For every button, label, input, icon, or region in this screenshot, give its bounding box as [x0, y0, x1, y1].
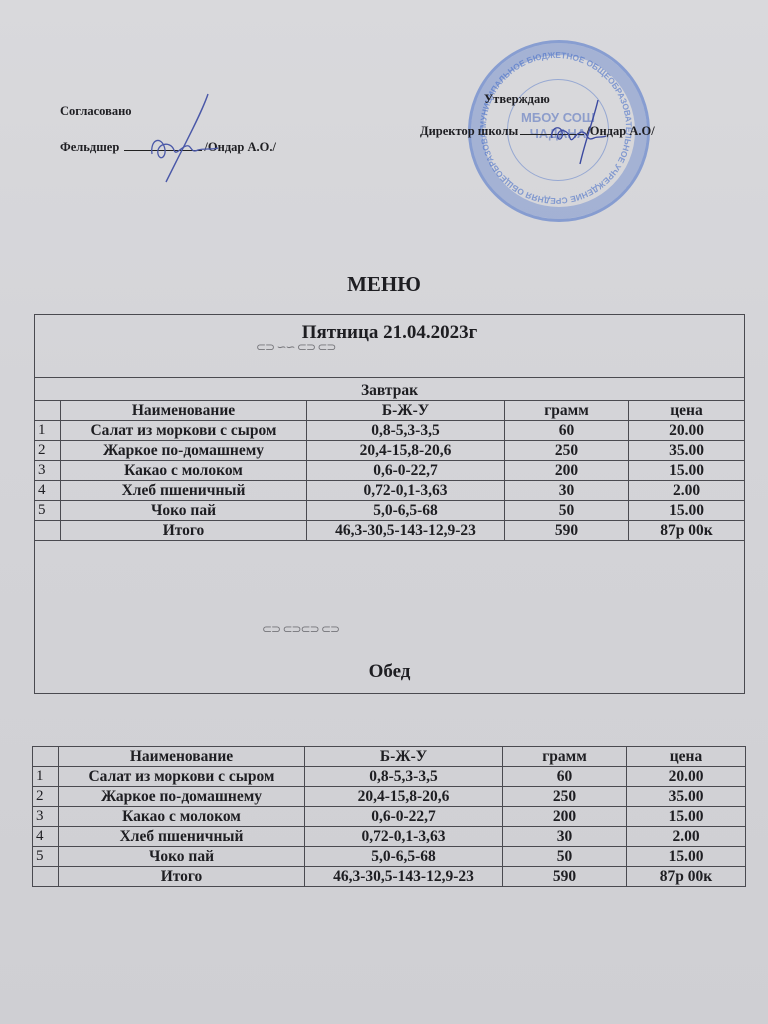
- dish-name: Салат из моркови с сыром: [59, 767, 305, 787]
- row-number: 1: [35, 421, 61, 441]
- director-signature: [548, 98, 612, 168]
- bju-value: 0,72-0,1-3,63: [305, 827, 503, 847]
- price-value: 20.00: [629, 421, 745, 441]
- total-row: Итого46,3-30,5-143-12,9-2359087р 00к: [35, 521, 745, 541]
- total-gram: 590: [503, 867, 627, 887]
- table-row: 2Жаркое по-домашнему20,4-15,8-20,625035.…: [35, 441, 745, 461]
- meal-row: Завтрак: [35, 378, 745, 401]
- dish-name: Жаркое по-домашнему: [61, 441, 307, 461]
- table-row: 4Хлеб пшеничный0,72-0,1-3,63302.00: [35, 481, 745, 501]
- total-label: Итого: [59, 867, 305, 887]
- row-number: 1: [33, 767, 59, 787]
- total-bju: 46,3-30,5-143-12,9-23: [307, 521, 505, 541]
- header-gram: грамм: [505, 401, 629, 421]
- approval-left-role: Фельдшер: [60, 140, 119, 154]
- day-row: Пятница 21.04.2023г: [35, 315, 745, 378]
- table-row: 2Жаркое по-домашнему20,4-15,8-20,625035.…: [33, 787, 746, 807]
- table-row: 5Чоко пай5,0-6,5-685015.00: [35, 501, 745, 521]
- gram-value: 30: [503, 827, 627, 847]
- feldsher-signature: [146, 92, 226, 184]
- lunch-table: НаименованиеБ-Ж-Уграммцена1Салат из морк…: [32, 746, 746, 887]
- dish-name: Жаркое по-домашнему: [59, 787, 305, 807]
- gram-value: 50: [505, 501, 629, 521]
- bju-value: 20,4-15,8-20,6: [307, 441, 505, 461]
- bju-value: 0,72-0,1-3,63: [307, 481, 505, 501]
- meal-title-breakfast: Завтрак: [35, 378, 745, 401]
- gram-value: 250: [503, 787, 627, 807]
- bju-value: 0,6-0-22,7: [307, 461, 505, 481]
- table-row: 3Какао с молоком0,6-0-22,720015.00: [33, 807, 746, 827]
- bju-value: 5,0-6,5-68: [307, 501, 505, 521]
- table-row: 4Хлеб пшеничный0,72-0,1-3,63302.00: [33, 827, 746, 847]
- price-value: 2.00: [629, 481, 745, 501]
- total-gram: 590: [505, 521, 629, 541]
- total-price: 87р 00к: [629, 521, 745, 541]
- breakfast-table: Пятница 21.04.2023г Завтрак Наименование…: [34, 314, 745, 694]
- gram-value: 250: [505, 441, 629, 461]
- row-number: 3: [33, 807, 59, 827]
- dish-name: Какао с молоком: [59, 807, 305, 827]
- price-value: 15.00: [629, 501, 745, 521]
- total-num: [33, 867, 59, 887]
- table-row: 3Какао с молоком0,6-0-22,720015.00: [35, 461, 745, 481]
- price-value: 20.00: [627, 767, 746, 787]
- approval-left-heading: Согласовано: [60, 104, 132, 119]
- gram-value: 200: [503, 807, 627, 827]
- total-price: 87р 00к: [627, 867, 746, 887]
- total-row: Итого46,3-30,5-143-12,9-2359087р 00к: [33, 867, 746, 887]
- header-price: цена: [629, 401, 745, 421]
- total-num: [35, 521, 61, 541]
- total-label: Итого: [61, 521, 307, 541]
- header-name: Наименование: [61, 401, 307, 421]
- header-num: [35, 401, 61, 421]
- bju-value: 0,8-5,3-3,5: [305, 767, 503, 787]
- approval-right-heading: Утверждаю: [484, 92, 550, 107]
- price-value: 2.00: [627, 827, 746, 847]
- dish-name: Чоко пай: [59, 847, 305, 867]
- price-value: 15.00: [627, 847, 746, 867]
- row-number: 2: [33, 787, 59, 807]
- row-number: 4: [33, 827, 59, 847]
- page-title: МЕНЮ: [0, 272, 768, 297]
- header-name: Наименование: [59, 747, 305, 767]
- row-number: 5: [35, 501, 61, 521]
- price-value: 15.00: [627, 807, 746, 827]
- dish-name: Хлеб пшеничный: [61, 481, 307, 501]
- print-artifact: ⊂⊃ ∽∽ ⊂⊃ ⊂⊃: [256, 340, 335, 354]
- total-bju: 46,3-30,5-143-12,9-23: [305, 867, 503, 887]
- lunch-heading-row: Обед: [35, 541, 745, 694]
- dish-name: Чоко пай: [61, 501, 307, 521]
- header-bju: Б-Ж-У: [305, 747, 503, 767]
- table-row: 1Салат из моркови с сыром0,8-5,3-3,56020…: [35, 421, 745, 441]
- table-row: 1Салат из моркови с сыром0,8-5,3-3,56020…: [33, 767, 746, 787]
- gram-value: 60: [505, 421, 629, 441]
- row-number: 3: [35, 461, 61, 481]
- gram-value: 50: [503, 847, 627, 867]
- gram-value: 200: [505, 461, 629, 481]
- price-value: 15.00: [629, 461, 745, 481]
- approval-right-role: Директор школы: [420, 124, 518, 138]
- header-num: [33, 747, 59, 767]
- gram-value: 30: [505, 481, 629, 501]
- header-gram: грамм: [503, 747, 627, 767]
- row-number: 2: [35, 441, 61, 461]
- print-artifact: ⊂⊃ ⊂⊃⊂⊃ ⊂⊃: [262, 622, 339, 636]
- column-header-row: НаименованиеБ-Ж-Уграммцена: [33, 747, 746, 767]
- bju-value: 0,6-0-22,7: [305, 807, 503, 827]
- header-bju: Б-Ж-У: [307, 401, 505, 421]
- dish-name: Какао с молоком: [61, 461, 307, 481]
- price-value: 35.00: [629, 441, 745, 461]
- menu-document: Согласовано Фельдшер /Ондар А.О./ МУНИЦИ…: [0, 0, 768, 1024]
- table-row: 5Чоко пай5,0-6,5-685015.00: [33, 847, 746, 867]
- approval-left: Согласовано Фельдшер /Ондар А.О./: [60, 104, 132, 119]
- bju-value: 20,4-15,8-20,6: [305, 787, 503, 807]
- row-number: 4: [35, 481, 61, 501]
- meal-title-lunch: Обед: [35, 541, 745, 694]
- dish-name: Хлеб пшеничный: [59, 827, 305, 847]
- bju-value: 5,0-6,5-68: [305, 847, 503, 867]
- bju-value: 0,8-5,3-3,5: [307, 421, 505, 441]
- price-value: 35.00: [627, 787, 746, 807]
- row-number: 5: [33, 847, 59, 867]
- day-title: Пятница 21.04.2023г: [35, 315, 745, 378]
- column-header-row: НаименованиеБ-Ж-Уграммцена: [35, 401, 745, 421]
- approval-right-signature-line: Директор школы/Ондар А.О/: [420, 124, 655, 139]
- header-price: цена: [627, 747, 746, 767]
- dish-name: Салат из моркови с сыром: [61, 421, 307, 441]
- gram-value: 60: [503, 767, 627, 787]
